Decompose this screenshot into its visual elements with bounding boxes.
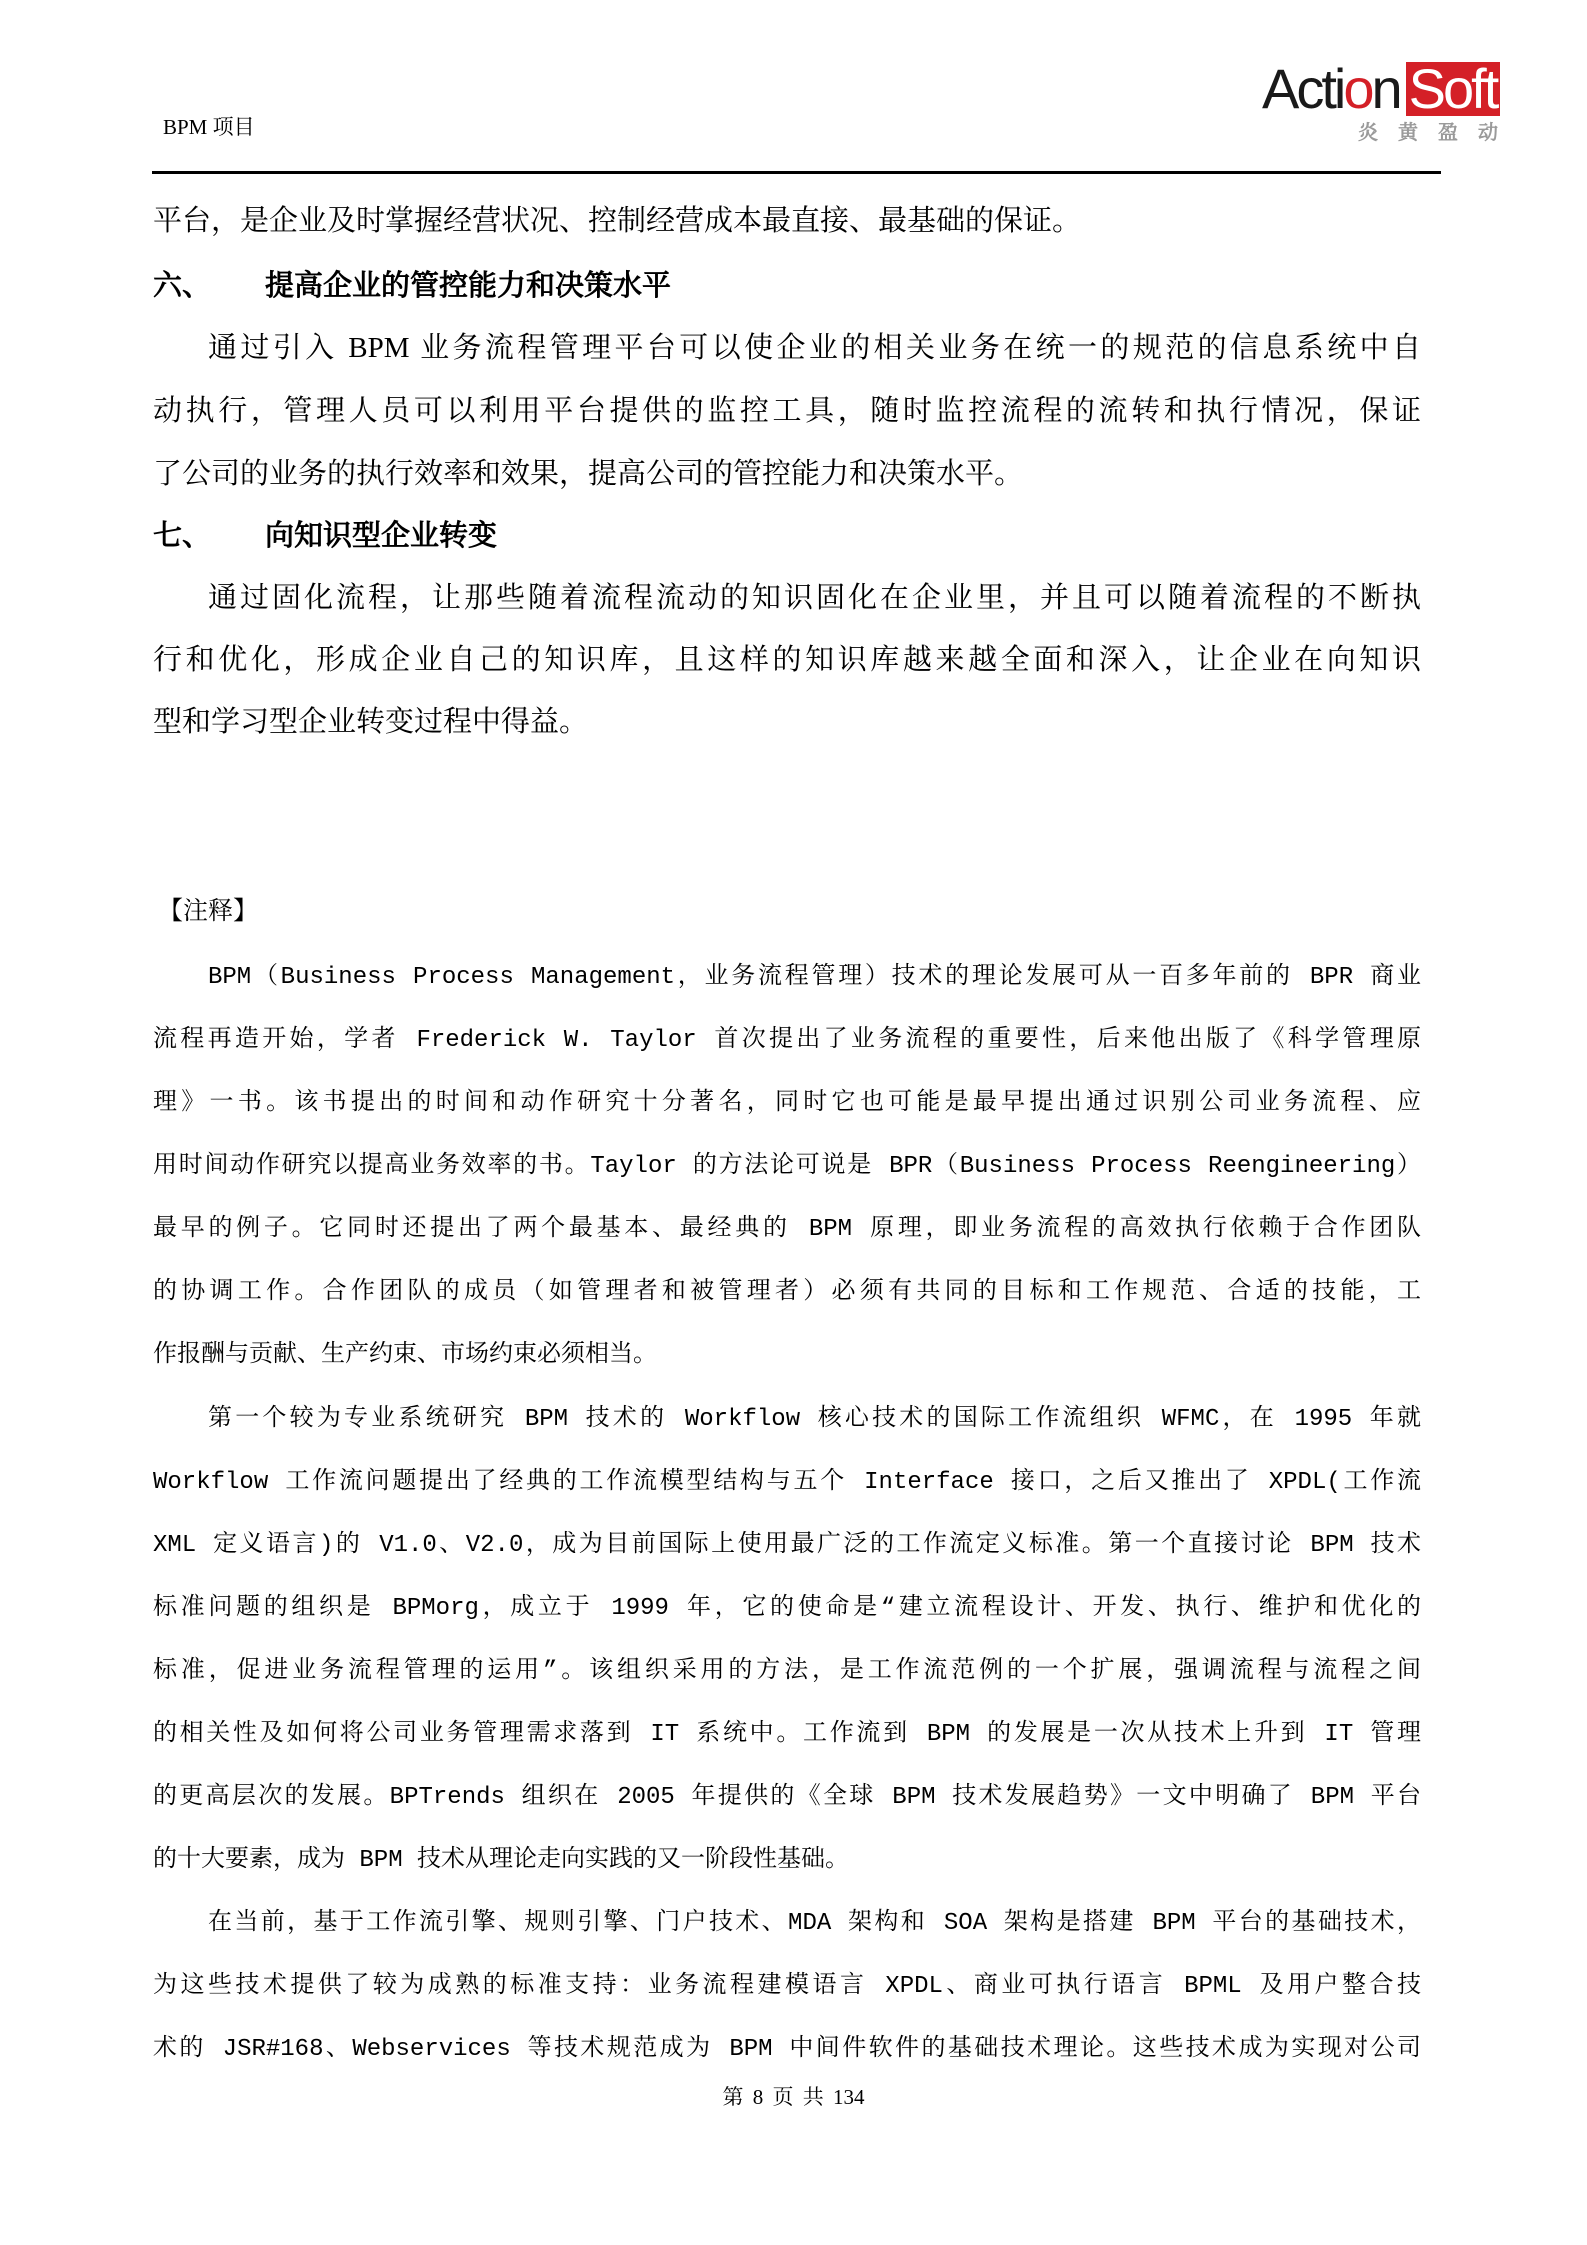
note-line: 在当前，基于工作流引擎、规则引擎、门户技术、MDA 架构和 SOA 架构是搭建 … [208, 1908, 1421, 1940]
logo-word-soft-box: Soft [1406, 62, 1501, 116]
header-project-title: BPM 项目 [163, 114, 255, 140]
paragraph-line: 行和优化，形成企业自己的知识库，且这样的知识库越来越全面和深入，让企业在向知识 [153, 642, 1421, 678]
note-line: 的十大要素，成为 BPM 技术从理论走向实践的又一阶段性基础。 [153, 1845, 1421, 1877]
section-number: 七、 [153, 517, 265, 553]
actionsoft-logo: Action Soft 炎黄盈动 [1262, 62, 1520, 148]
section-title: 提高企业的管控能力和决策水平 [265, 268, 671, 302]
logo-wordmark: Action Soft [1262, 62, 1500, 116]
note-line: 标准，促进业务流程管理的运用”。该组织采用的方法，是工作流范例的一个扩展，强调流… [153, 1656, 1421, 1688]
document-page: BPM 项目 Action Soft 炎黄盈动 平台，是企业及时掌握经营状况、控… [0, 0, 1587, 2245]
paragraph-line: 通过引入 BPM 业务流程管理平台可以使企业的相关业务在统一的规范的信息系统中自 [208, 330, 1421, 366]
paragraph-line: 通过固化流程，让那些随着流程流动的知识固化在企业里，并且可以随着流程的不断执 [208, 580, 1421, 616]
note-line: 术的 JSR#168、Webservices 等技术规范成为 BPM 中间件软件… [153, 2034, 1421, 2066]
logo-chinese-name: 炎黄盈动 [1358, 120, 1518, 144]
paragraph-line: 动执行，管理人员可以利用平台提供的监控工具，随时监控流程的流转和执行情况，保证 [153, 393, 1421, 429]
note-line: 为这些技术提供了较为成熟的标准支持：业务流程建模语言 XPDL、商业可执行语言 … [153, 1971, 1421, 2003]
note-line: 第一个较为专业系统研究 BPM 技术的 Workflow 核心技术的国际工作流组… [208, 1404, 1421, 1436]
note-line: 的相关性及如何将公司业务管理需求落到 IT 系统中。工作流到 BPM 的发展是一… [153, 1719, 1421, 1751]
logo-text-o: o [1343, 57, 1371, 120]
paragraph-line: 型和学习型企业转变过程中得益。 [153, 704, 1421, 740]
note-line: Workflow 工作流问题提出了经典的工作流模型结构与五个 Interface… [153, 1467, 1421, 1499]
note-line: 的更高层次的发展。BPTrends 组织在 2005 年提供的《全球 BPM 技… [153, 1782, 1421, 1814]
paragraph-line: 了公司的业务的执行效率和效果，提高公司的管控能力和决策水平。 [153, 456, 1421, 492]
note-line: 的协调工作。合作团队的成员（如管理者和被管理者）必须有共同的目标和工作规范、合适… [153, 1277, 1421, 1309]
logo-word-action: Action [1262, 62, 1404, 116]
page-number-footer: 第 8 页 共 134 [0, 2084, 1587, 2110]
header-divider [152, 171, 1441, 174]
note-line: 流程再造开始，学者 Frederick W. Taylor 首次提出了业务流程的… [153, 1025, 1421, 1057]
note-line: 用时间动作研究以提高业务效率的书。Taylor 的方法论可说是 BPR（Busi… [153, 1151, 1421, 1183]
notes-label: 【注释】 [158, 895, 258, 927]
logo-text-acti: Acti [1262, 57, 1343, 120]
paragraph-line: 平台，是企业及时掌握经营状况、控制经营成本最直接、最基础的保证。 [153, 203, 1421, 239]
section-number: 六、 [153, 267, 265, 303]
section-heading-6: 六、提高企业的管控能力和决策水平 [153, 267, 671, 303]
note-line: 标准问题的组织是 BPMorg，成立于 1999 年，它的使命是“建立流程设计、… [153, 1593, 1421, 1625]
note-line: XML 定义语言)的 V1.0、V2.0，成为目前国际上使用最广泛的工作流定义标… [153, 1530, 1421, 1562]
note-line: 理》一书。该书提出的时间和动作研究十分著名，同时它也可能是最早提出通过识别公司业… [153, 1088, 1421, 1120]
note-line: 最早的例子。它同时还提出了两个最基本、最经典的 BPM 原理，即业务流程的高效执… [153, 1214, 1421, 1246]
section-heading-7: 七、向知识型企业转变 [153, 517, 497, 553]
note-line: 作报酬与贡献、生产约束、市场约束必须相当。 [153, 1340, 1421, 1372]
section-title: 向知识型企业转变 [265, 518, 497, 552]
logo-text-n: n [1372, 57, 1400, 120]
note-line: BPM（Business Process Management，业务流程管理）技… [208, 962, 1421, 994]
